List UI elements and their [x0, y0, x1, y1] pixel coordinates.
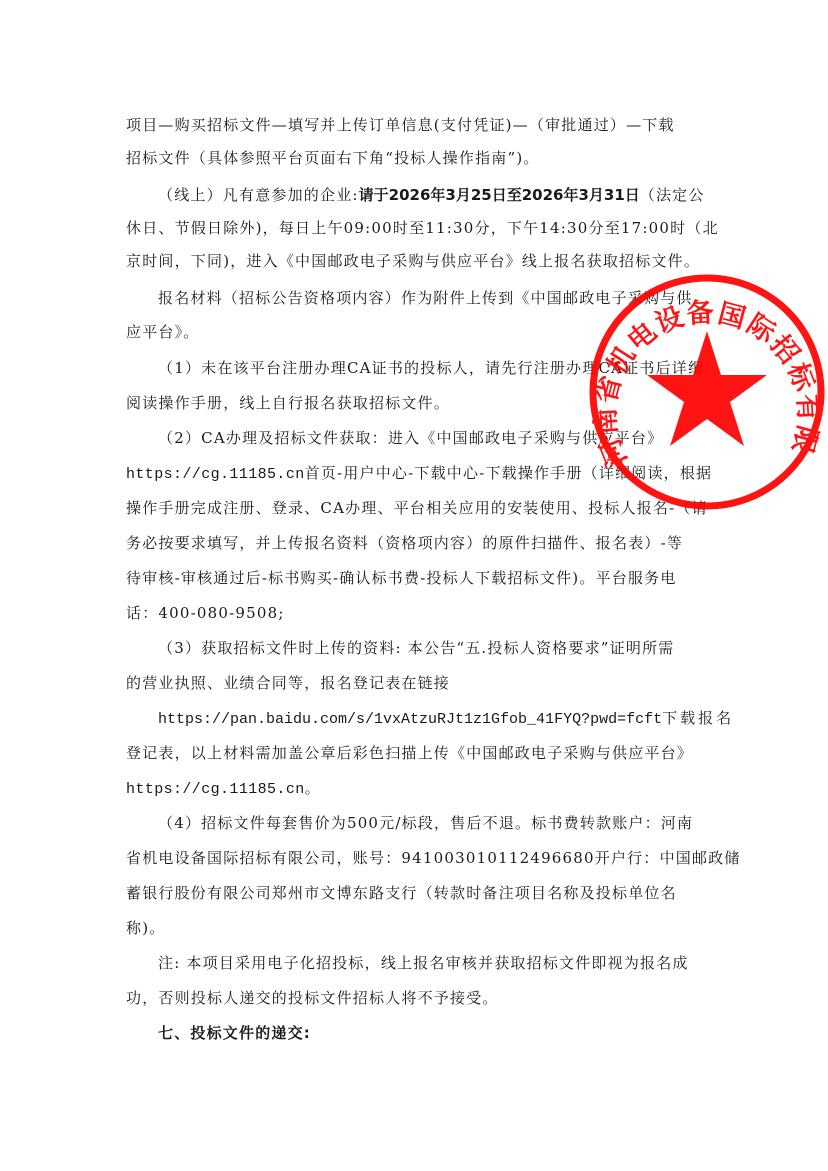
text-run: 招标文件（具体参照平台页面右下角“投标人操作指南”)。	[126, 149, 540, 167]
text-line: 话：400-080-9508;	[126, 603, 716, 623]
text-run: （法定公	[640, 186, 705, 204]
baidu-pan-link[interactable]: https://pan.baidu.com/s/1vxAtzuRJt1z1Gfo…	[158, 711, 662, 728]
text-line: 休日、节假日除外)，每日上午09:00时至11:30分，下午14:30分至17:…	[126, 218, 716, 238]
text-run: 登记表，以上材料需加盖公章后彩色扫描上传《中国邮政电子采购与供应平台》	[126, 744, 693, 762]
text-line: https://pan.baidu.com/s/1vxAtzuRJt1z1Gfo…	[158, 708, 716, 730]
text-run: 蓄银行股份有限公司郑州市文博东路支行（转款时备注项目名称及投标单位名	[126, 884, 677, 902]
text-run: 功，否则投标人递交的投标文件招标人将不予接受。	[126, 989, 499, 1007]
platform-link[interactable]: https://cg.11185.cn。	[126, 781, 320, 798]
text-line: 称)。	[126, 918, 716, 938]
text-line: 的营业执照、业绩合同等，报名登记表在链接	[126, 673, 716, 693]
note-text: 注: 本项目采用电子化招投标，线上报名审核并获取招标文件即视为报名成	[158, 954, 689, 972]
text-line: 登记表，以上材料需加盖公章后彩色扫描上传《中国邮政电子采购与供应平台》	[126, 743, 716, 763]
text-run: 京时间，下同)，进入《中国邮政电子采购与供应平台》线上报名获取招标文件。	[126, 252, 700, 270]
text-line: （线上）凡有意参加的企业:请于2026年3月25日至2026年3月31日（法定公	[158, 185, 716, 205]
text-run: （线上）凡有意参加的企业:	[158, 186, 359, 204]
section-heading: 七、投标文件的递交:	[158, 1023, 716, 1043]
text-run: 应平台》。	[126, 323, 200, 341]
text-line: 京时间，下同)，进入《中国邮政电子采购与供应平台》线上报名获取招标文件。	[126, 251, 716, 271]
text-line: 阅读操作手册，线上自行报名获取招标文件。	[126, 393, 716, 413]
text-line: 招标文件（具体参照平台页面右下角“投标人操作指南”)。	[126, 148, 716, 168]
text-line: 操作手册完成注册、登录、CA办理、平台相关应用的安装使用、投标人报名-（请	[126, 498, 716, 518]
text-line: （2）CA办理及招标文件获取：进入《中国邮政电子采购与供应平台》	[158, 428, 716, 448]
text-run: 操作手册完成注册、登录、CA办理、平台相关应用的安装使用、投标人报名-（请	[126, 499, 708, 517]
text-run: 的营业执照、业绩合同等，报名登记表在链接	[126, 674, 450, 692]
text-line: https://cg.11185.cn首页-用户中心-下载中心-下载操作手册（详…	[126, 463, 716, 485]
text-run: 务必按要求填写，并上传报名资料（资格项内容）的原件扫描件、报名表）-等	[126, 534, 683, 552]
text-line: （3）获取招标文件时上传的资料: 本公告“五.投标人资格要求”证明所需	[158, 638, 716, 658]
platform-link[interactable]: https://cg.11185.cn	[126, 466, 305, 483]
text-run: 下载报名	[662, 709, 734, 727]
service-phone: 话：400-080-9508;	[126, 604, 285, 622]
text-line: https://cg.11185.cn。	[126, 778, 716, 800]
text-line: 蓄银行股份有限公司郑州市文博东路支行（转款时备注项目名称及投标单位名	[126, 883, 716, 903]
text-run: 称)。	[126, 919, 165, 937]
section-title: 七、投标文件的递交:	[158, 1024, 311, 1042]
registration-period: 请于2026年3月25日至2026年3月31日	[359, 186, 640, 204]
document-page: 项目—购买招标文件—填写并上传订单信息(支付凭证)—（审批通过）—下载 招标文件…	[0, 0, 828, 1171]
text-line: 注: 本项目采用电子化招投标，线上报名审核并获取招标文件即视为报名成	[158, 953, 716, 973]
text-line: 务必按要求填写，并上传报名资料（资格项内容）的原件扫描件、报名表）-等	[126, 533, 716, 553]
text-run: （3）获取招标文件时上传的资料: 本公告“五.投标人资格要求”证明所需	[158, 639, 674, 657]
text-run: 阅读操作手册，线上自行报名获取招标文件。	[126, 394, 450, 412]
text-line: 项目—购买招标文件—填写并上传订单信息(支付凭证)—（审批通过）—下载	[126, 115, 716, 135]
text-line: 报名材料（招标公告资格项内容）作为附件上传到《中国邮政电子采购与供	[158, 288, 716, 308]
text-line: （1）未在该平台注册办理CA证书的投标人，请先行注册办理CA证书后详细	[158, 358, 716, 378]
text-line: 待审核-审核通过后-标书购买-确认标书费-投标人下载招标文件)。平台服务电	[126, 568, 716, 588]
text-line: （4）招标文件每套售价为500元/标段，售后不退。标书费转款账户：河南	[158, 813, 716, 833]
text-line: 省机电设备国际招标有限公司，账号：941003010112496680开户行：中…	[126, 848, 716, 868]
text-run: （4）招标文件每套售价为500元/标段，售后不退。标书费转款账户：河南	[158, 814, 693, 832]
text-line: 应平台》。	[126, 322, 716, 342]
text-line: 功，否则投标人递交的投标文件招标人将不予接受。	[126, 988, 716, 1008]
text-run: 首页-用户中心-下载中心-下载操作手册（详细阅读，根据	[305, 464, 713, 482]
bank-account: 省机电设备国际招标有限公司，账号：941003010112496680开户行：中…	[126, 849, 741, 867]
text-run: 报名材料（招标公告资格项内容）作为附件上传到《中国邮政电子采购与供	[158, 289, 693, 307]
text-run: 待审核-审核通过后-标书购买-确认标书费-投标人下载招标文件)。平台服务电	[126, 569, 677, 587]
text-run: 项目—购买招标文件—填写并上传订单信息(支付凭证)—（审批通过）—下载	[126, 116, 675, 134]
text-run: （2）CA办理及招标文件获取：进入《中国邮政电子采购与供应平台》	[158, 429, 663, 447]
text-run: 休日、节假日除外)，每日上午09:00时至11:30分，下午14:30分至17:…	[126, 219, 719, 237]
text-run: （1）未在该平台注册办理CA证书的投标人，请先行注册办理CA证书后详细	[158, 359, 704, 377]
